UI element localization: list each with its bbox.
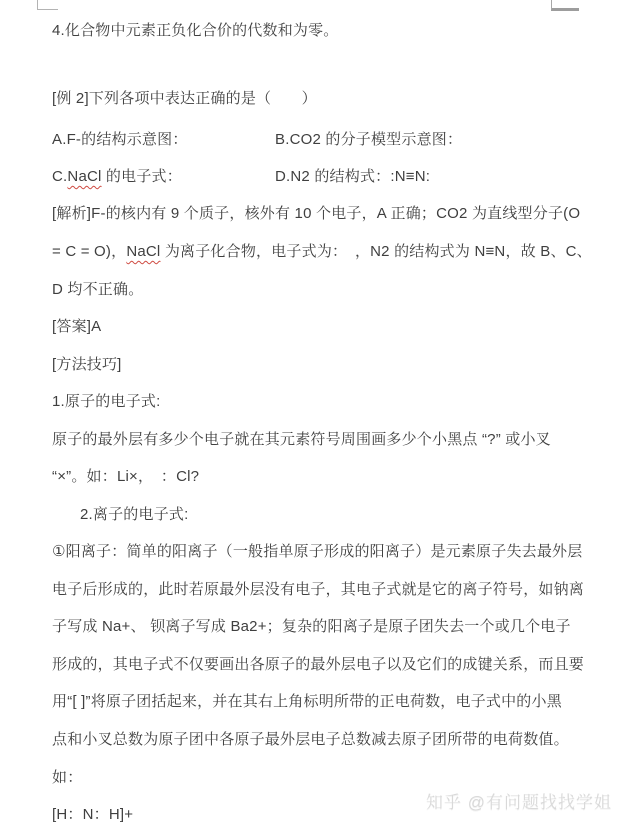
method-item-2-title: 2.离子的电子式: <box>80 506 188 524</box>
cation-text-line-2: 电子后形成的，此时若原最外层没有电子，其电子式就是它的离子符号，如钠离 <box>52 581 584 599</box>
cation-text-line-5: 用“[ ]”将原子团括起来，并在其右上角标明所带的正电荷数，电子式中的小黑 <box>52 693 562 711</box>
cation-text-line-6: 点和小叉总数为原子团中各原子最外层电子总数减去原子团所带的电荷数值。 <box>52 731 569 749</box>
option-b: B.CO2 的分子模型示意图： <box>275 131 462 149</box>
ammonium-formula: [H：N：H]+ <box>52 806 133 824</box>
paragraph-valence-rule: 4.化合物中元素正负化合价的代数和为零。 <box>52 22 339 40</box>
zhihu-watermark: 知乎 @有问题找找学姐 <box>426 788 612 813</box>
analysis-line-2-post: 为离子化合物，电子式为： ，N2 的结构式为 N≡N，故 B、C、 <box>160 243 591 260</box>
analysis-line-1: [解析]F-的核内有 9 个质子，核外有 10 个电子，A 正确；CO2 为直线… <box>52 205 580 223</box>
page-corner-mark-top-right <box>551 0 579 11</box>
page-corner-mark-top-left <box>37 0 58 10</box>
method-title: [方法技巧] <box>52 356 122 374</box>
cation-text-line-4: 形成的，其电子式不仅要画出各原子的最外层电子以及它们的成键关系，而且要 <box>52 656 584 674</box>
method-item-1-title: 1.原子的电子式: <box>52 393 160 411</box>
analysis-line-3: D 均不正确。 <box>52 281 143 299</box>
answer-line: [答案]A <box>52 318 101 336</box>
option-c-suffix: 的电子式： <box>102 168 182 185</box>
document-page: 4.化合物中元素正负化合价的代数和为零。 [例 2]下列各项中表达正确的是（ ）… <box>0 0 630 825</box>
method-item-1-text-a: 原子的最外层有多少个电子就在其元素符号周围画多少个小黑点 “?” 或小叉 <box>52 431 551 449</box>
example-label: 如： <box>52 769 82 787</box>
example2-question: [例 2]下列各项中表达正确的是（ ） <box>52 90 317 108</box>
method-item-1-text-b: “×”。如：Li×， ：Cl? <box>52 468 199 486</box>
option-c: C.NaCl 的电子式： <box>52 168 182 186</box>
analysis-line-2-pre: = C = O)， <box>52 243 126 260</box>
option-c-prefix: C. <box>52 168 67 185</box>
option-a: A.F-的结构示意图： <box>52 131 188 149</box>
nacl-misspell-underline: NaCl <box>67 168 101 185</box>
nacl-misspell-underline-2: NaCl <box>126 243 160 260</box>
option-d: D.N2 的结构式：:N≡N: <box>275 168 430 186</box>
cation-text-line-1: ①阳离子：简单的阳离子（一般指单原子形成的阳离子）是元素原子失去最外层 <box>52 543 582 561</box>
analysis-line-2: = C = O)，NaCl 为离子化合物，电子式为： ，N2 的结构式为 N≡N… <box>52 243 592 261</box>
cation-text-line-3: 子写成 Na+、 钡离子写成 Ba2+；复杂的阳离子是原子团失去一个或几个电子 <box>52 618 571 636</box>
